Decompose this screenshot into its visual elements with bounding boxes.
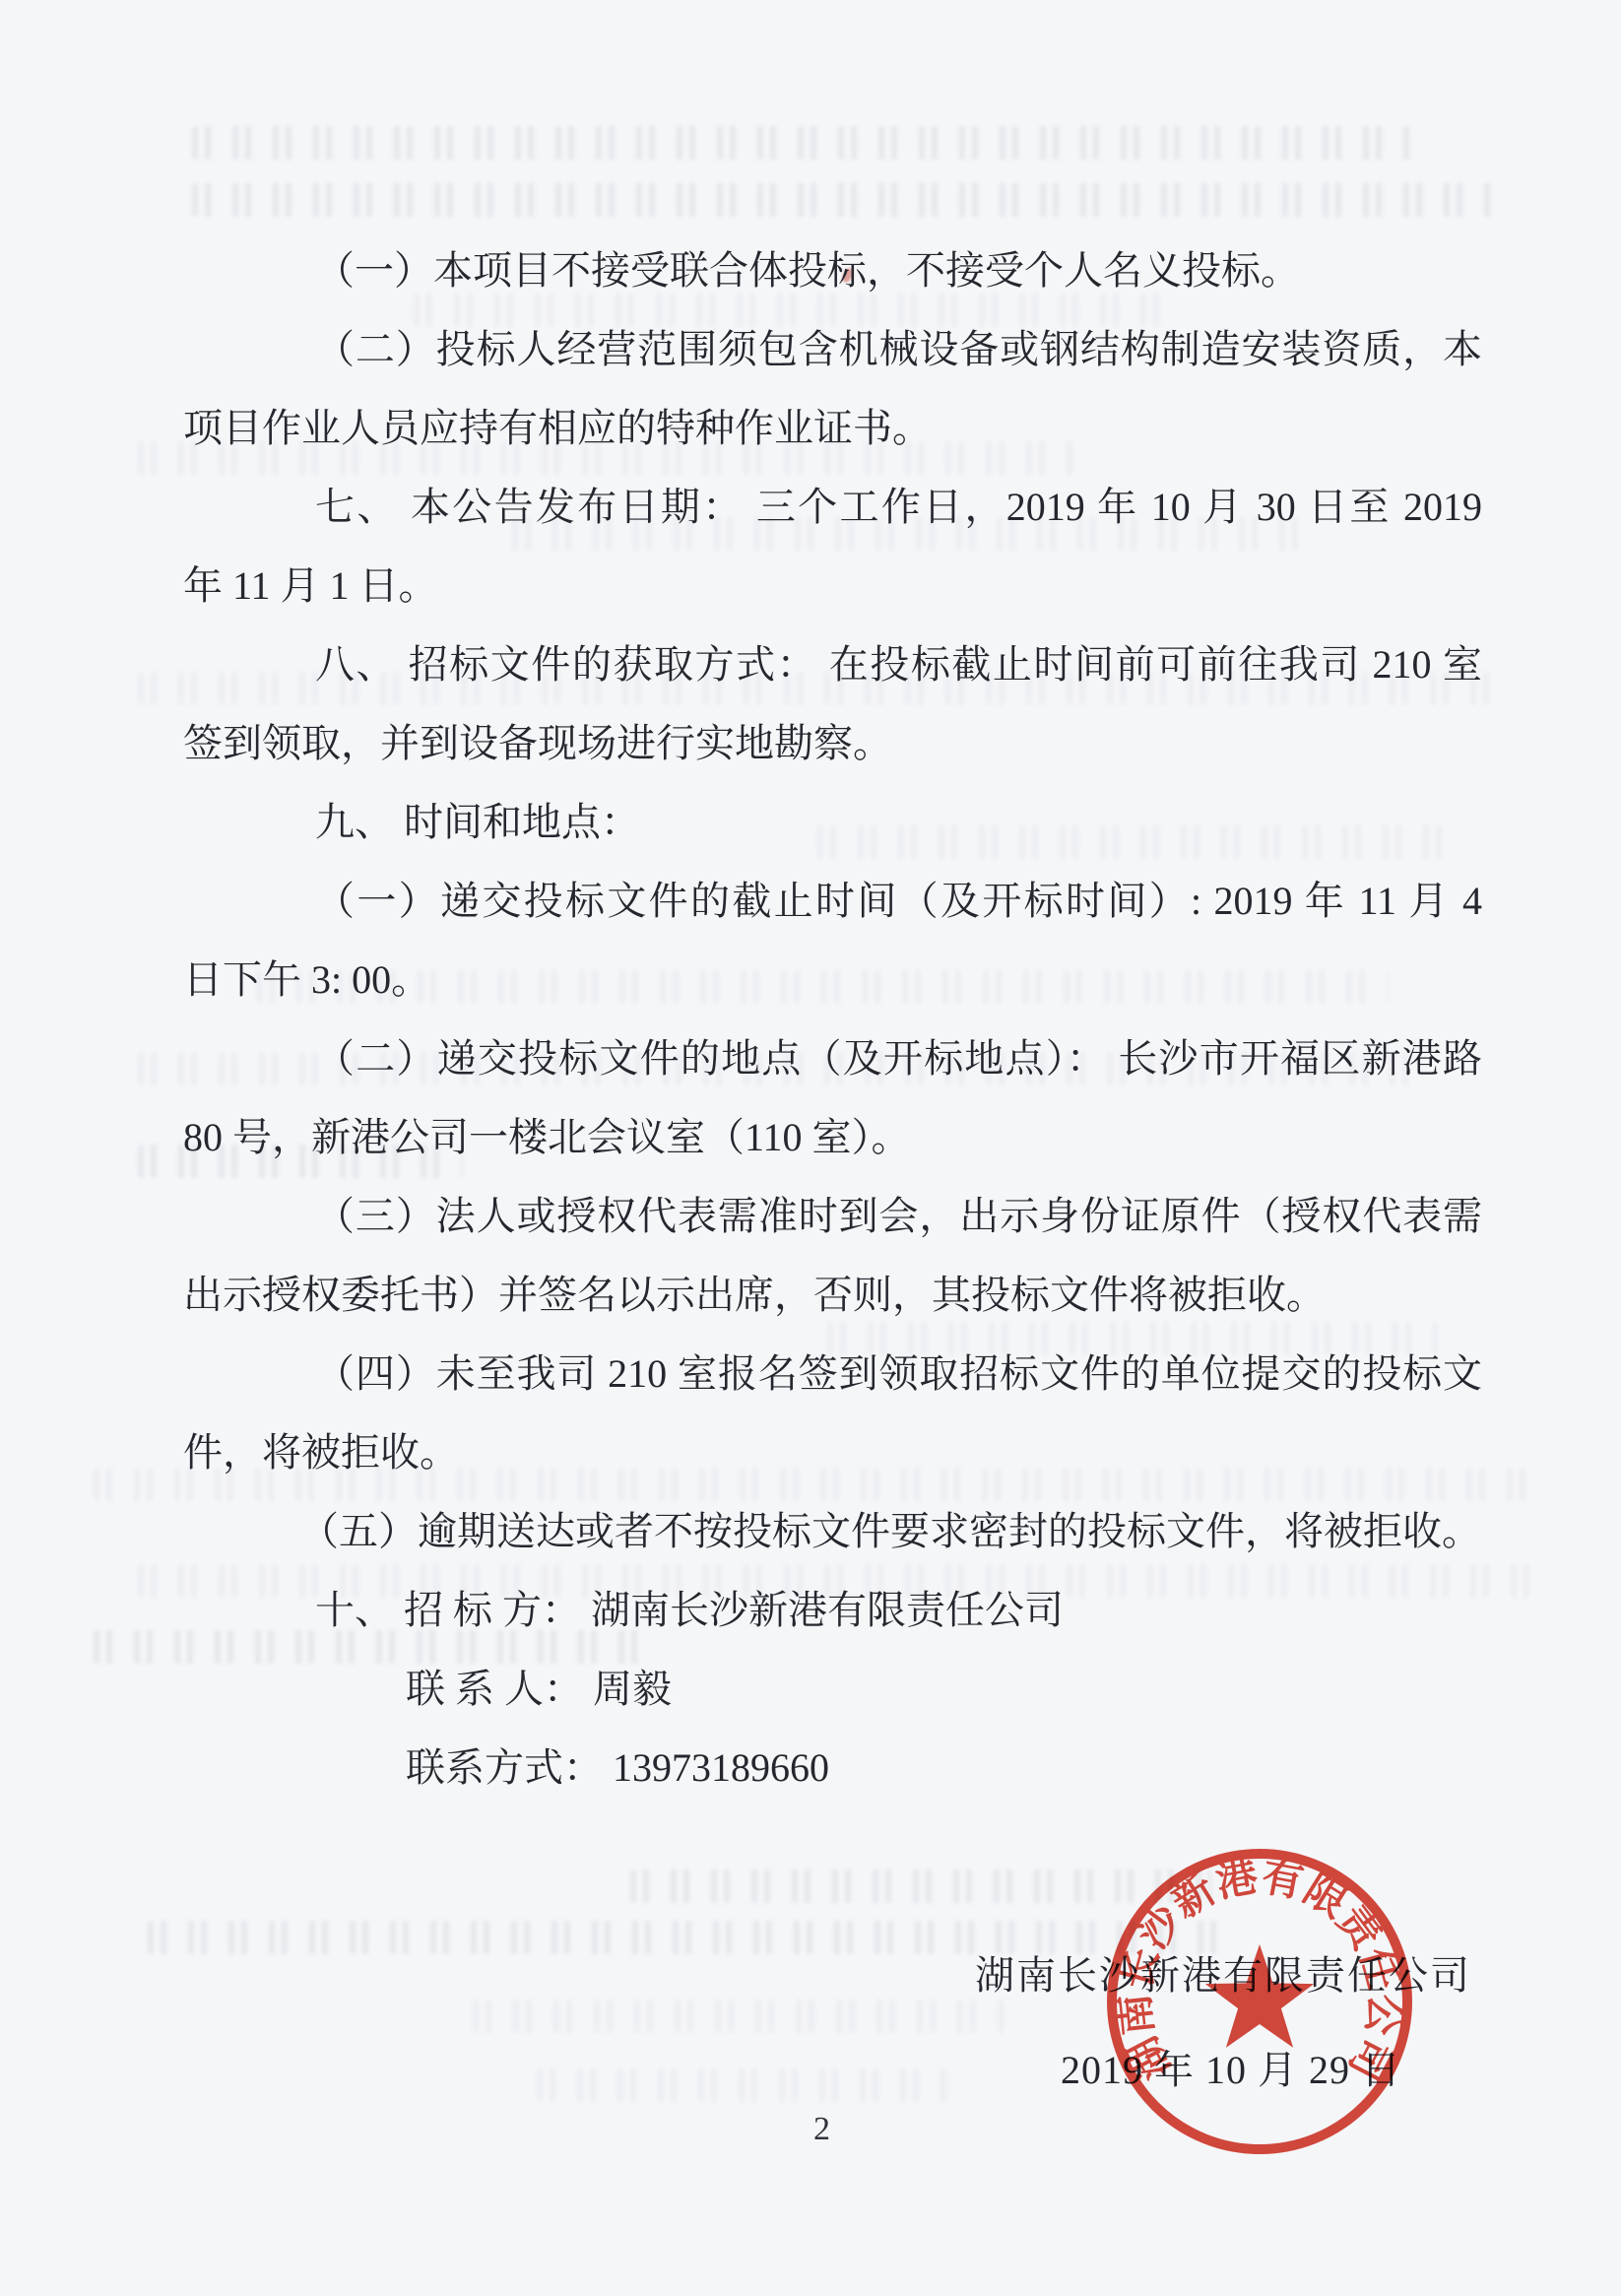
seal-star [1205, 1944, 1314, 2048]
bleed-through-artifact [537, 2068, 950, 2102]
document-line: 出示授权委托书）并签名以示出席，否则，其投标文件将被拒收。 [183, 1256, 1482, 1335]
document-line: 年 11 月 1 日。 [183, 547, 1482, 625]
document-line: 九、 时间和地点： [183, 783, 1482, 862]
document-line: （二）投标人经营范围须包含机械设备或钢结构制造安装资质，本 [183, 310, 1482, 389]
company-seal: 湖南长沙新港有限责任公司 [1072, 1814, 1447, 2189]
document-line: 联 系 人： 周毅 [183, 1650, 1482, 1729]
bleed-through-artifact [192, 126, 1413, 160]
bleed-through-artifact [192, 183, 1492, 217]
document-line: 七、 本公告发布日期： 三个工作日，2019 年 10 月 30 日至 2019 [183, 468, 1482, 547]
document-page: （一）本项目不接受联合体投标，不接受个人名义投标。（二）投标人经营范围须包含机械… [0, 0, 1621, 2296]
document-line: （一）递交投标文件的截止时间（及开标时间）: 2019 年 11 月 4 [183, 862, 1482, 941]
document-line: 签到领取，并到设备现场进行实地勘察。 [183, 704, 1482, 783]
document-line: （五）逾期送达或者不按投标文件要求密封的投标文件，将被拒收。 [183, 1492, 1482, 1571]
document-line: （二）递交投标文件的地点（及开标地点）： 长沙市开福区新港路 [183, 1019, 1482, 1098]
document-body: （一）本项目不接受联合体投标，不接受个人名义投标。（二）投标人经营范围须包含机械… [183, 231, 1482, 1807]
document-line: 联系方式： 13973189660 [183, 1729, 1482, 1807]
document-line: 件，将被拒收。 [183, 1413, 1482, 1492]
document-line: 十、 招 标 方： 湖南长沙新港有限责任公司 [183, 1571, 1482, 1650]
page-number: 2 [813, 2110, 830, 2149]
document-line: （四）未至我司 210 室报名签到领取招标文件的单位提交的投标文 [183, 1335, 1482, 1413]
bleed-through-artifact [148, 1921, 1221, 1954]
document-line: 八、 招标文件的获取方式： 在投标截止时间前可前往我司 210 室 [183, 625, 1482, 704]
document-line: 日下午 3: 00。 [183, 941, 1482, 1019]
document-line: 项目作业人员应持有相应的特种作业证书。 [183, 389, 1482, 468]
bleed-through-artifact [473, 2000, 1005, 2033]
document-line: 80 号，新港公司一楼北会议室（110 室）。 [183, 1098, 1482, 1177]
document-line: （三）法人或授权代表需准时到会，出示身份证原件（授权代表需 [183, 1177, 1482, 1256]
document-line: （一）本项目不接受联合体投标，不接受个人名义投标。 [183, 231, 1482, 310]
